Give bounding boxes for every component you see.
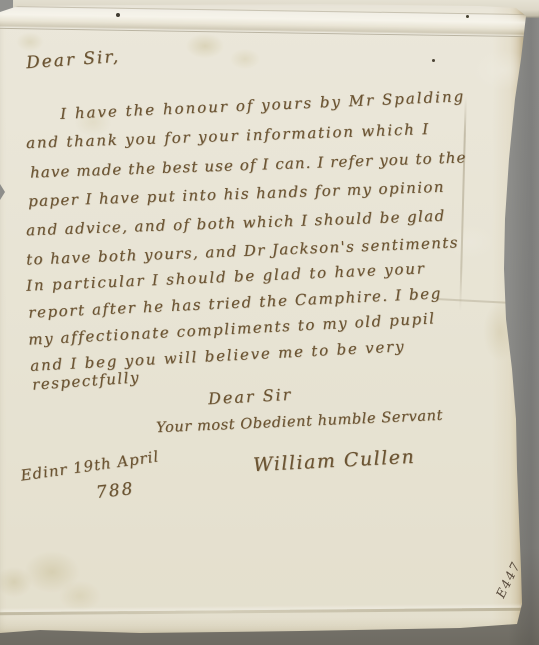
closing-valediction: Your most Obedient humble Servant <box>156 408 444 437</box>
ink-speck <box>432 59 435 62</box>
ink-speck <box>466 15 469 18</box>
letter-line-3: paper I have put into his hands for my o… <box>28 178 445 211</box>
letter-line-4: and advice, and of both which I should b… <box>26 207 446 240</box>
letter-paper: Dear Sir, Dear Sir Your most Obedient hu… <box>0 4 526 638</box>
vertical-crease <box>459 96 467 311</box>
dateline-place-date: Edinr 19th April <box>19 447 160 484</box>
fold-crease <box>0 6 530 37</box>
letter-salutation: Dear Sir, <box>25 47 120 74</box>
bottom-fold-crease <box>0 608 524 616</box>
letter-line-0: I have the honour of yours by Mr Spaldin… <box>60 87 466 123</box>
ink-speck <box>116 13 120 17</box>
signature: William Cullen <box>253 446 416 476</box>
dateline-year: 788 <box>95 479 135 503</box>
closing-salutation: Dear Sir <box>208 385 293 408</box>
scanned-letter-page: Dear Sir, Dear Sir Your most Obedient hu… <box>0 0 539 645</box>
letter-line-2: have made the best use of I can. I refer… <box>30 148 467 181</box>
letter-line-1: and thank you for your information which… <box>26 120 430 152</box>
mid-right-crease <box>438 298 510 304</box>
